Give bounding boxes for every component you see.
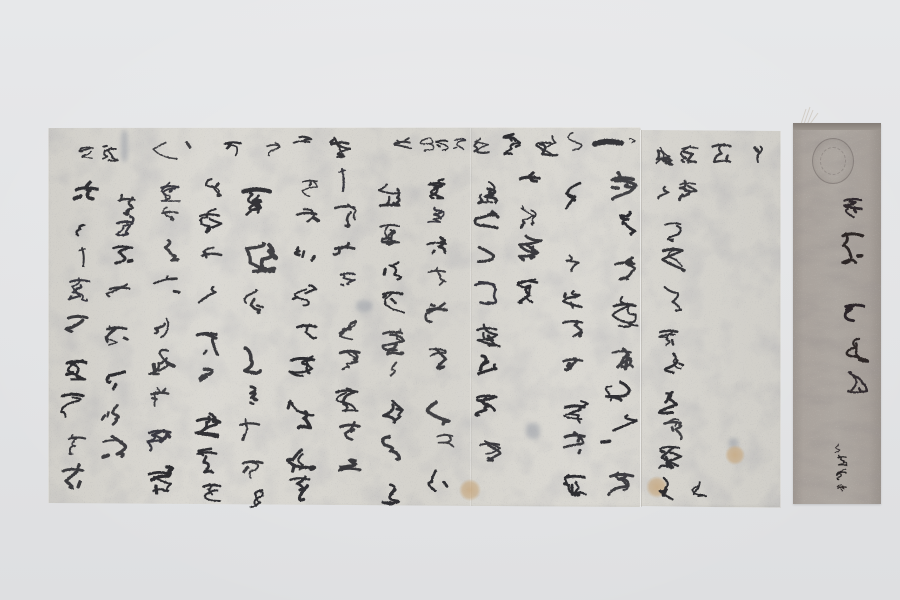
brush-stroke: [672, 340, 673, 345]
brush-stroke: [435, 187, 440, 188]
brush-stroke: [312, 257, 314, 260]
letter-column: 方朱集頒班方長慢惶: [288, 180, 319, 500]
calligraphy-char: 的: [563, 359, 582, 370]
calligraphy-char: 物: [247, 244, 276, 272]
calligraphy-char: 梅: [107, 284, 129, 296]
brush-stroke: [246, 419, 248, 434]
brush-stroke: [341, 284, 343, 285]
brush-stroke: [665, 223, 680, 225]
calligraphy-char: 泰: [478, 182, 496, 203]
brush-stroke: [668, 226, 681, 241]
calligraphy-char: 纖: [383, 293, 404, 313]
brush-stroke: [124, 338, 127, 339]
calligraphy-char: 濤: [197, 449, 216, 473]
calligraphy-char: 已: [566, 256, 578, 272]
brush-stroke: [489, 458, 491, 459]
calligraphy-char: 乙: [629, 138, 635, 142]
calligraphy-char: 查: [659, 392, 676, 413]
calligraphy-char: 乇: [835, 444, 840, 452]
brush-stroke: [163, 389, 165, 391]
calligraphy-char: 名: [383, 485, 399, 504]
calligraphy-char: 我: [68, 435, 85, 454]
brush-stroke: [390, 262, 401, 279]
calligraphy-char: 早: [665, 354, 683, 373]
brush-stroke: [341, 460, 356, 467]
brush-stroke: [290, 478, 309, 480]
brush-stroke: [680, 183, 695, 184]
brush-stroke: [532, 247, 533, 250]
calligraphy-char: 了: [613, 349, 633, 369]
brush-stroke: [331, 143, 348, 145]
brush-stroke: [520, 236, 542, 253]
brush-stroke: [454, 147, 457, 148]
brush-stroke: [63, 469, 83, 471]
calligraphy-char: 乎: [149, 467, 172, 493]
brush-stroke: [429, 471, 436, 491]
letter-column: 以営名穰石魁集濤叱: [196, 179, 221, 501]
brush-stroke: [288, 450, 315, 470]
brush-stroke: [580, 333, 582, 336]
brush-stroke: [613, 187, 619, 188]
brush-stroke: [484, 362, 488, 363]
brush-stroke: [207, 229, 210, 232]
calligraphy-char: 座: [845, 305, 864, 321]
brush-stroke: [667, 158, 671, 161]
brush-stroke: [78, 482, 80, 487]
calligraphy-char: 於: [679, 181, 696, 200]
calligraphy-char: 日: [838, 456, 847, 466]
brush-stroke: [490, 193, 493, 195]
brush-stroke: [438, 145, 440, 146]
brush-stroke: [727, 156, 728, 161]
brush-stroke: [521, 223, 524, 228]
calligraphy-char: 田: [479, 247, 494, 261]
letter-top-margin-text: 戊品乃系士疑芳弓沃讣口圓乃备友一乙快吾吉乞: [80, 133, 762, 165]
brush-stroke: [61, 398, 80, 417]
brush-stroke: [161, 319, 168, 338]
calligraphy-char: 退: [243, 462, 262, 478]
brush-stroke: [187, 143, 190, 148]
calligraphy-char: 傳: [564, 433, 584, 453]
calligraphy-char: 亥: [663, 249, 685, 270]
brush-stroke: [659, 335, 675, 340]
calligraphy-char: 医: [660, 478, 673, 500]
brush-stroke: [339, 170, 345, 172]
calligraphy-char: 士: [267, 143, 280, 155]
brush-stroke: [80, 249, 86, 251]
brush-stroke: [672, 427, 673, 430]
calligraphy-char: 東: [340, 351, 359, 370]
calligraphy-char: 乃: [153, 142, 190, 158]
envelope-line: 乇日日付: [835, 444, 847, 491]
brush-stroke: [479, 247, 494, 261]
brush-stroke: [516, 145, 520, 146]
calligraphy-char: 阿: [609, 473, 633, 495]
brush-stroke: [843, 234, 856, 263]
brush-stroke: [405, 138, 408, 140]
calligraphy-char: 営: [200, 209, 221, 232]
calligraphy-char: 了: [151, 388, 168, 406]
letter-column: 望白重救: [518, 173, 542, 303]
brush-stroke: [343, 274, 355, 284]
brush-stroke: [293, 466, 295, 471]
brush-stroke: [267, 145, 278, 146]
brush-stroke: [475, 150, 477, 151]
calligraphy-char: 久: [563, 291, 581, 307]
letter-column: 於之了亥省卯早查出時医村: [658, 181, 706, 499]
brush-stroke: [391, 490, 395, 494]
calligraphy-char: 仔: [250, 490, 262, 507]
brush-stroke: [340, 425, 359, 427]
brush-stroke: [67, 373, 73, 374]
calligraphy-char: 兵: [116, 217, 133, 236]
calligraphy-char: 重: [519, 236, 541, 260]
brush-stroke: [755, 148, 759, 152]
brush-stroke: [243, 435, 245, 439]
brush-stroke: [117, 222, 132, 224]
brush-stroke: [851, 377, 856, 391]
letter-column: 飼已久来的所傳保: [563, 183, 588, 495]
calligraphy-char: 時: [660, 447, 681, 468]
calligraphy-char: 了: [665, 223, 681, 241]
letter-column: 辛汗訃安不神雨白恵: [426, 179, 454, 490]
brush-stroke: [207, 219, 221, 229]
brush-stroke: [240, 423, 259, 425]
calligraphy-char: 恥: [602, 415, 637, 442]
calligraphy-char: 新: [476, 396, 496, 416]
brush-stroke: [681, 194, 683, 198]
brush-stroke: [112, 436, 125, 456]
brush-stroke: [595, 142, 621, 144]
brush-stroke: [848, 309, 851, 312]
calligraphy-ink-layer: 戊品乃系士疑芳弓沃讣口圓乃备友一乙快吾吉乞 於之了亥省卯早查出時医村鄉箕通道了瓜…: [0, 0, 900, 600]
brush-stroke: [303, 252, 305, 257]
brush-stroke: [660, 331, 677, 333]
brush-stroke: [382, 231, 394, 244]
calligraphy-char: 星: [113, 247, 132, 264]
brush-stroke: [623, 220, 635, 234]
calligraphy-char: 所: [564, 401, 588, 422]
brush-stroke: [205, 490, 220, 501]
brush-stroke: [854, 210, 856, 212]
letter-column: 拾由丨大偲只莫我得: [61, 182, 97, 488]
brush-stroke: [75, 196, 81, 199]
calligraphy-char: 辛: [429, 179, 444, 198]
calligraphy-char: 得: [63, 465, 83, 488]
brush-stroke: [578, 438, 579, 441]
brush-stroke: [679, 364, 683, 365]
calligraphy-char: 出: [119, 195, 134, 215]
calligraphy-char: 大: [69, 278, 90, 301]
calligraphy-char: 不: [426, 303, 447, 321]
brush-stroke: [103, 157, 106, 159]
brush-stroke: [200, 209, 215, 226]
brush-stroke: [154, 388, 159, 406]
brush-stroke: [629, 260, 632, 262]
brush-stroke: [304, 209, 314, 221]
brush-stroke: [432, 251, 434, 254]
brush-stroke: [294, 141, 309, 142]
calligraphy-char: 丨: [80, 248, 86, 266]
brush-stroke: [107, 413, 108, 417]
brush-stroke: [565, 294, 566, 297]
calligraphy-char: 偲: [66, 316, 87, 331]
calligraphy-char: 芳: [331, 138, 350, 157]
brush-stroke: [153, 142, 177, 158]
top-margin-line: 戊品乃系士疑芳弓沃讣口圓乃备友一乙快吾吉乞: [80, 133, 762, 165]
letter-column: 出兵星梅雅莉未备: [102, 195, 134, 457]
brush-stroke: [835, 444, 840, 452]
calligraphy-char: 佐: [380, 225, 399, 244]
brush-stroke: [227, 145, 231, 149]
brush-stroke: [129, 261, 132, 262]
calligraphy-char: 叱: [203, 484, 220, 501]
brush-stroke: [165, 240, 178, 260]
calligraphy-char: 莫: [61, 394, 83, 417]
calligraphy-char: 系: [225, 142, 240, 155]
calligraphy-char: 頒: [293, 285, 316, 305]
brush-stroke: [531, 257, 534, 258]
calligraphy-char: 陶: [240, 419, 259, 439]
calligraphy-char: 私: [154, 276, 179, 292]
calligraphy-char: 富: [477, 325, 499, 347]
brush-stroke: [213, 421, 219, 422]
calligraphy-char: 名: [202, 248, 221, 258]
brush-stroke: [245, 348, 261, 373]
calligraphy-char: 堂: [340, 321, 356, 339]
calligraphy-char: 吉: [713, 145, 731, 163]
calligraphy-char: 白: [437, 434, 454, 446]
calligraphy-char: 乞: [755, 147, 762, 162]
calligraphy-char: 汗: [428, 208, 444, 222]
brush-stroke: [331, 139, 335, 142]
brush-stroke: [838, 472, 846, 473]
calligraphy-char: 方: [302, 180, 317, 196]
calligraphy-char: 来: [391, 362, 397, 375]
brush-stroke: [340, 322, 356, 334]
calligraphy-char: 班: [297, 325, 316, 338]
calligraphy-char: 金: [148, 430, 171, 450]
calligraphy-char: 由: [76, 225, 84, 235]
calligraphy-char: 長: [288, 401, 313, 428]
calligraphy-char: 之: [658, 187, 668, 199]
calligraphy-char: 村: [693, 482, 707, 496]
calligraphy-char: 此: [475, 212, 498, 228]
calligraphy-char: 蒼: [379, 185, 400, 206]
calligraphy-char: 去: [161, 183, 180, 202]
brush-stroke: [384, 405, 395, 422]
brush-stroke: [121, 195, 122, 200]
brush-stroke: [859, 388, 860, 391]
letter-column: 蒼佐淌纖若来無帶名: [379, 185, 404, 505]
brush-stroke: [149, 472, 170, 474]
calligraphy-char: 惶: [290, 477, 309, 500]
calligraphy-char: 乃: [504, 134, 520, 154]
calligraphy-char: 瓜: [606, 382, 630, 400]
brush-stroke: [579, 450, 580, 453]
brush-stroke: [251, 387, 257, 400]
brush-stroke: [68, 316, 87, 318]
calligraphy-char: 疑: [294, 137, 311, 143]
calligraphy-char: 口: [454, 139, 466, 150]
calligraphy-char: 窗: [334, 243, 354, 254]
brush-stroke: [629, 138, 635, 142]
brush-stroke: [427, 402, 448, 424]
brush-stroke: [205, 254, 206, 258]
calligraphy-char: 帶: [383, 437, 400, 459]
brush-stroke: [531, 210, 535, 225]
calligraphy-char: 付: [837, 485, 846, 491]
calligraphy-char: 安: [428, 268, 445, 285]
calligraphy-char: 神: [430, 349, 446, 369]
brush-stroke: [174, 291, 179, 292]
brush-stroke: [444, 482, 447, 486]
calligraphy-char: 圓: [474, 138, 489, 153]
calligraphy-char: 快: [656, 148, 672, 165]
brush-stroke: [82, 248, 84, 266]
brush-stroke: [204, 457, 213, 473]
calligraphy-char: 穰: [199, 287, 216, 303]
brush-stroke: [66, 320, 82, 331]
brush-stroke: [210, 484, 212, 486]
calligraphy-char: 書: [245, 290, 263, 313]
calligraphy-char: 石: [197, 333, 217, 354]
brush-stroke: [565, 435, 584, 437]
photo-backdrop: 戊品乃系士疑芳弓沃讣口圓乃备友一乙快吾吉乞 於之了亥省卯早查出時医村鄉箕通道了瓜…: [0, 0, 900, 600]
calligraphy-char: 友: [568, 133, 582, 151]
brush-stroke: [204, 351, 206, 354]
envelope-line: 出峰: [843, 199, 863, 263]
calligraphy-char: 丨: [339, 169, 345, 191]
calligraphy-char: 以: [206, 179, 221, 196]
calligraphy-char: 日: [837, 469, 846, 479]
calligraphy-char: 望: [520, 173, 539, 181]
calligraphy-char: 备: [103, 436, 125, 457]
brush-stroke: [566, 256, 578, 272]
envelope-line: 座謝上: [845, 305, 868, 393]
calligraphy-char: 恵: [429, 471, 447, 491]
calligraphy-char: 道: [613, 297, 638, 327]
brush-stroke: [291, 403, 313, 416]
calligraphy-char: 白: [521, 206, 535, 227]
calligraphy-char: 黄: [335, 204, 356, 226]
brush-stroke: [628, 307, 638, 326]
brush-stroke: [342, 169, 344, 191]
brush-stroke: [199, 287, 216, 303]
calligraphy-char: 未: [102, 405, 118, 424]
letter-body-columns: 於之了亥省卯早查出時医村鄉箕通道了瓜恥阿飼已久来的所傳保望白重救泰此田寓富好新沒…: [61, 169, 706, 507]
calligraphy-char: 方: [290, 357, 314, 376]
calligraphy-char: 讣: [436, 140, 448, 150]
brush-stroke: [563, 360, 582, 362]
brush-stroke: [351, 430, 354, 432]
calligraphy-char: 雨: [427, 402, 448, 424]
brush-stroke: [295, 248, 299, 255]
envelope-address-text: 出峰座謝上乇日日付: [835, 199, 868, 491]
brush-stroke: [107, 372, 125, 382]
brush-stroke: [626, 363, 627, 369]
brush-stroke: [62, 394, 83, 396]
brush-stroke: [663, 252, 685, 271]
calligraphy-char: 淌: [384, 262, 401, 279]
brush-stroke: [391, 299, 395, 303]
letter-column: 鄉箕通道了瓜恥阿: [602, 173, 638, 495]
brush-stroke: [250, 462, 258, 477]
calligraphy-char: 莉: [107, 372, 125, 389]
brush-stroke: [107, 284, 127, 296]
calligraphy-char: 謝: [847, 339, 868, 362]
brush-stroke: [568, 364, 569, 367]
brush-stroke: [479, 282, 496, 304]
calligraphy-char: 来: [563, 321, 582, 336]
calligraphy-char: 羽: [251, 387, 257, 404]
calligraphy-char: 上: [848, 372, 867, 392]
calligraphy-char: 好: [479, 356, 497, 374]
brush-stroke: [568, 133, 582, 151]
brush-stroke: [339, 154, 343, 157]
brush-stroke: [103, 146, 107, 147]
brush-stroke: [156, 486, 157, 493]
calligraphy-char: 沃: [420, 138, 433, 151]
brush-stroke: [380, 225, 399, 227]
calligraphy-char: 弓: [394, 138, 411, 148]
brush-stroke: [306, 285, 316, 293]
calligraphy-char: 飼: [566, 183, 580, 208]
brush-stroke: [441, 238, 445, 241]
calligraphy-char: 沐: [155, 319, 168, 338]
calligraphy-char: 品: [103, 146, 118, 161]
brush-stroke: [314, 218, 318, 221]
brush-stroke: [613, 415, 636, 430]
brush-stroke: [154, 276, 176, 283]
calligraphy-char: 箕: [621, 212, 635, 234]
calligraphy-char: 集: [196, 414, 220, 438]
calligraphy-char: 若: [383, 329, 404, 354]
brush-stroke: [170, 190, 172, 192]
calligraphy-char: 吾: [681, 146, 698, 162]
calligraphy-char: 通: [615, 258, 634, 280]
brush-stroke: [155, 324, 165, 334]
calligraphy-char: 卯: [659, 331, 677, 346]
brush-stroke: [245, 290, 257, 303]
brush-stroke: [425, 140, 434, 151]
calligraphy-char: 朱: [297, 209, 318, 221]
brush-stroke: [310, 182, 311, 185]
calligraphy-char: 白: [162, 208, 177, 221]
calligraphy-char: 崇: [336, 389, 357, 411]
brush-stroke: [383, 437, 400, 459]
brush-stroke: [606, 386, 612, 400]
brush-stroke: [340, 351, 359, 353]
brush-stroke: [76, 225, 84, 235]
brush-stroke: [664, 490, 666, 495]
brush-stroke: [86, 182, 93, 198]
calligraphy-char: 槐: [245, 348, 261, 373]
calligraphy-char: 集: [295, 248, 314, 260]
brush-stroke: [391, 362, 397, 375]
brush-stroke: [302, 180, 317, 196]
calligraphy-char: 得: [149, 350, 173, 374]
brush-stroke: [431, 305, 434, 306]
calligraphy-char: 戊: [80, 147, 94, 158]
brush-stroke: [529, 173, 536, 181]
calligraphy-char: 救: [518, 279, 538, 302]
brush-stroke: [665, 287, 682, 310]
letter-column: 若物書槐羽陶退仔: [240, 189, 275, 507]
brush-stroke: [102, 415, 105, 419]
brush-stroke: [197, 426, 218, 437]
brush-stroke: [574, 482, 586, 494]
